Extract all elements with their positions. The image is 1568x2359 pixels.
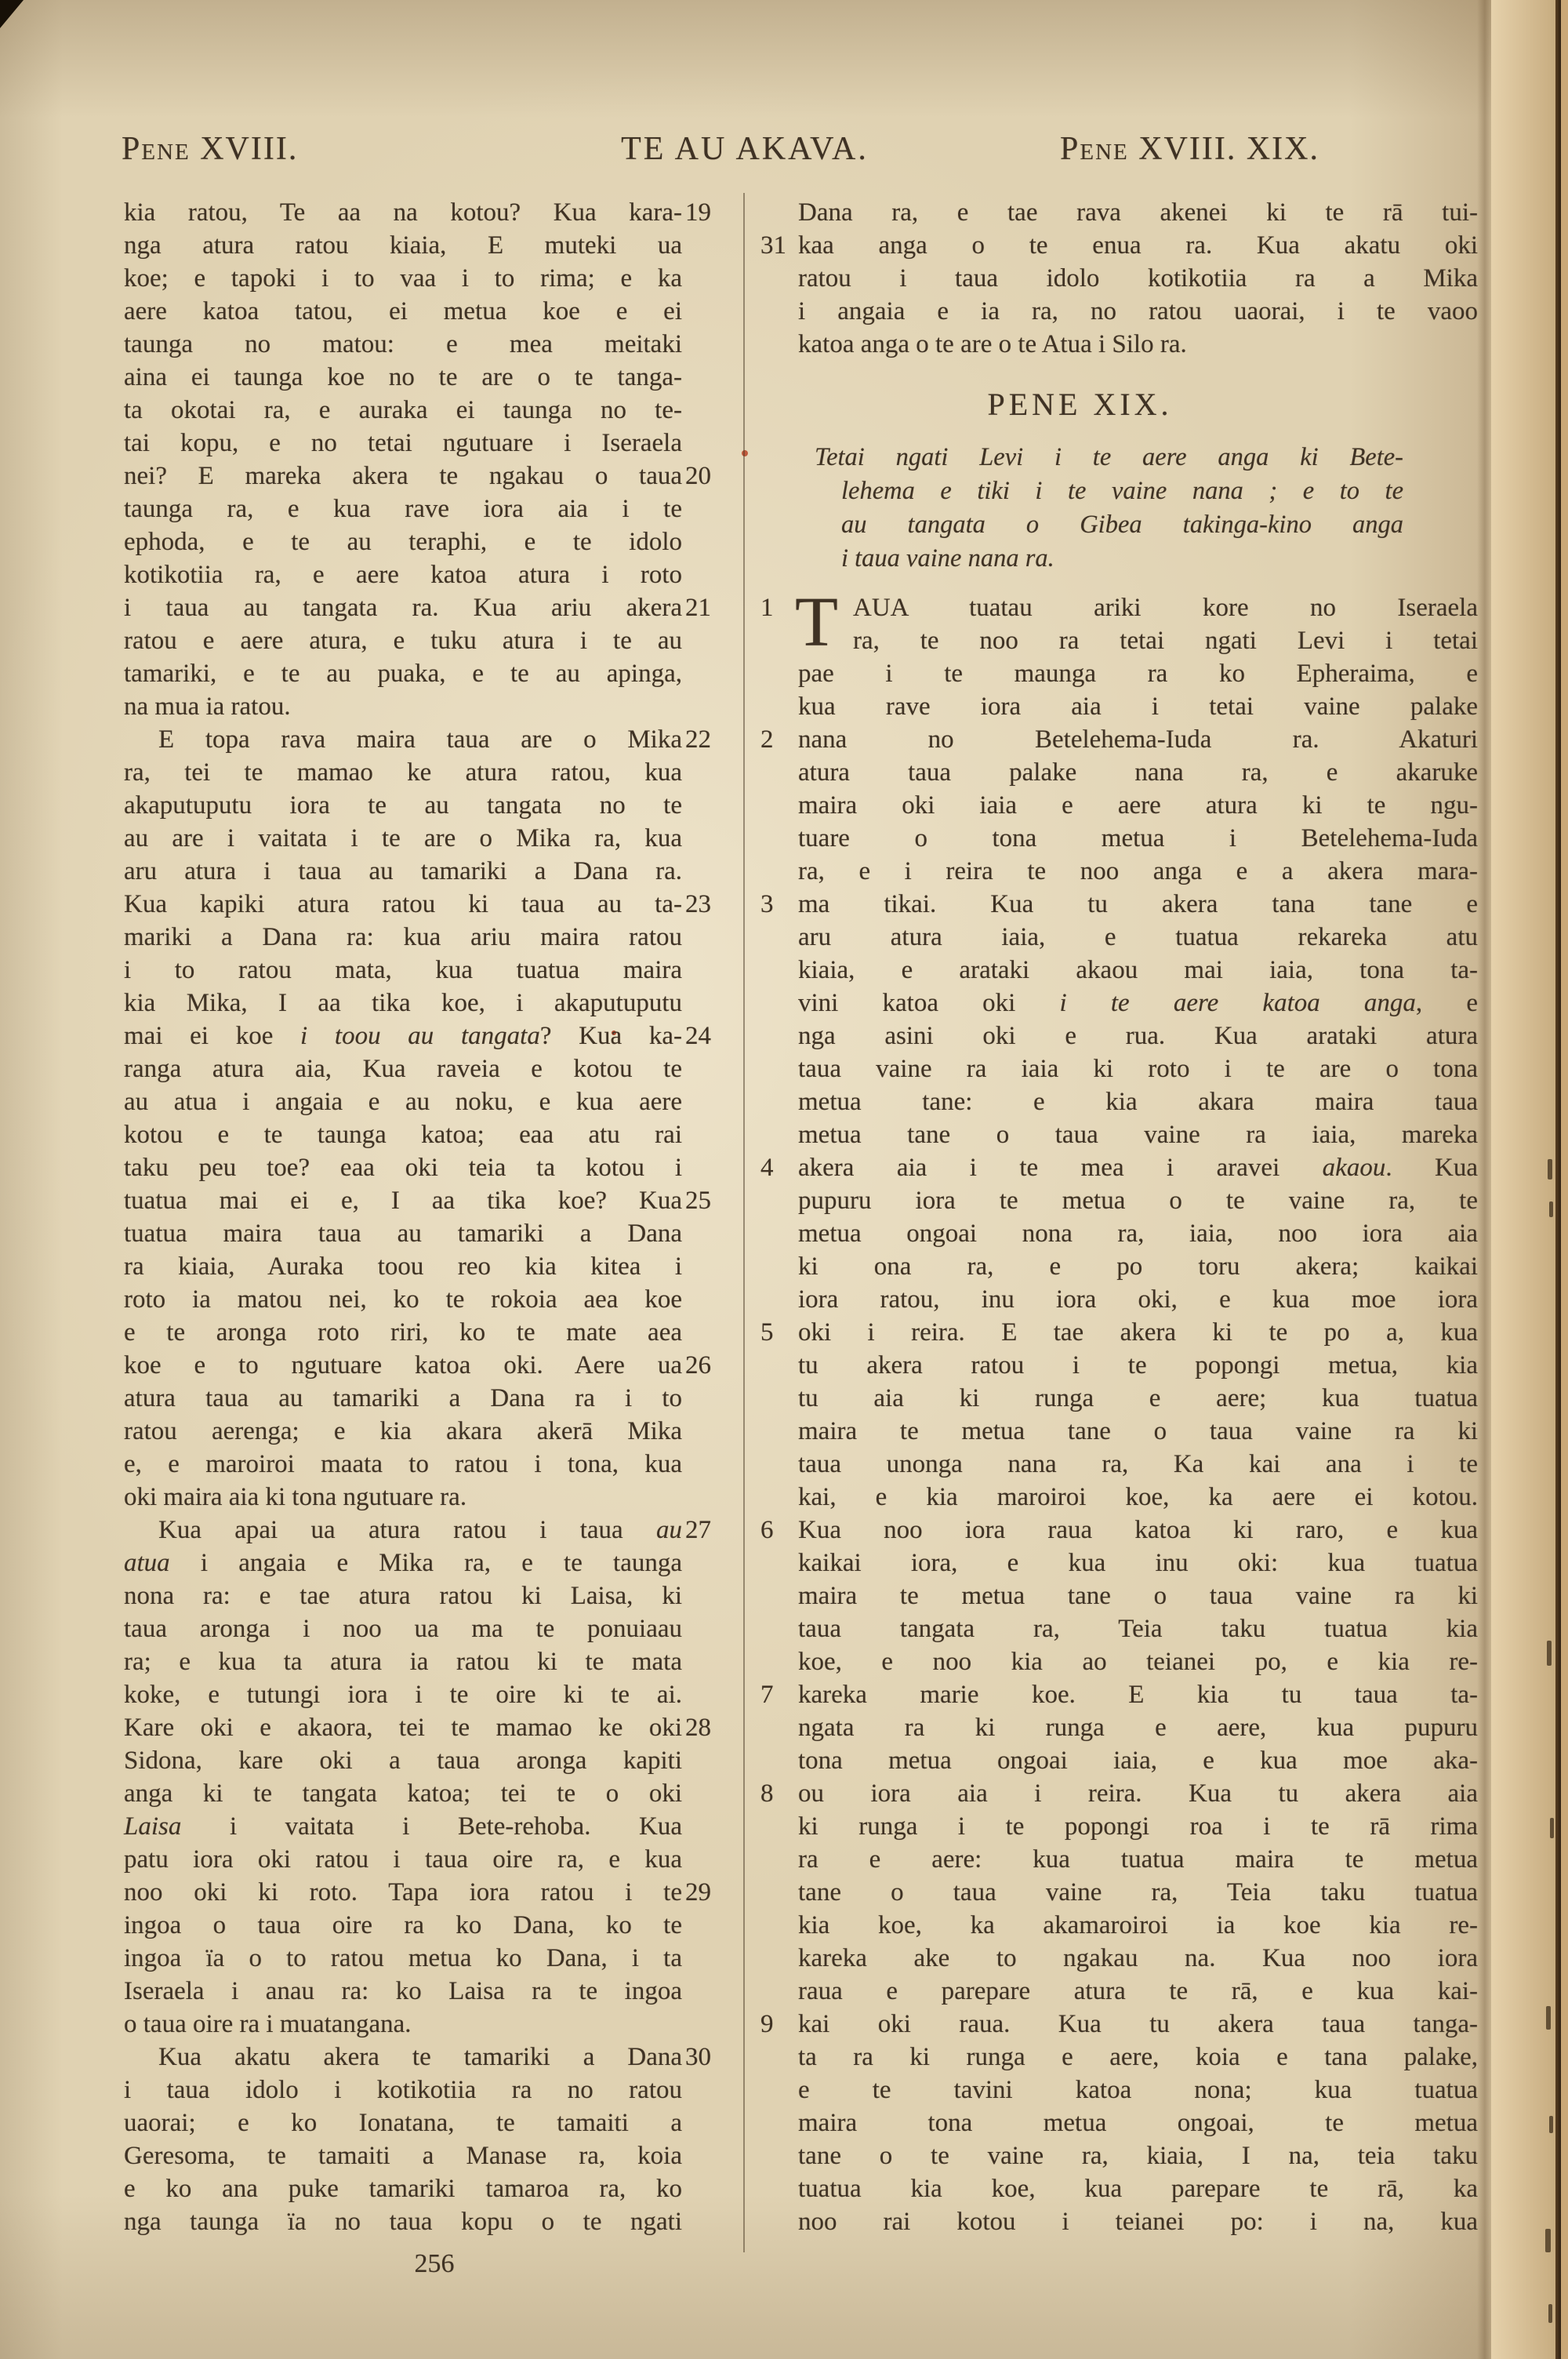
text-line: ki runga i te popongi roa i te rā rima — [753, 1810, 1478, 1843]
text-line: taku peu toe? eaa oki teia ta kotou i — [124, 1151, 745, 1184]
text-line: kua rave iora aia i tetai vaine palake — [753, 690, 1478, 723]
text-line: ingoa ïa o to ratou metua ko Dana, i ta — [124, 1942, 745, 1975]
edge-ink-mark — [1549, 2116, 1553, 2133]
text-line: ra, te noo ra tetai ngati Levi i tetai — [753, 624, 1478, 657]
verse-number: 25 — [685, 1184, 742, 1217]
text-line: roto ia matou nei, ko te rokoia aea koe — [124, 1283, 745, 1316]
text-line: ra kiaia, Auraka toou reo kia kitea i — [124, 1250, 745, 1283]
text-line: nga atura ratou kiaia, E muteki ua — [124, 229, 745, 262]
chapter19-verses-block: 1TAUA tuatau ariki kore no Iseraelara, t… — [753, 591, 1478, 2238]
text-line: ratou i taua idolo kotikotiia ra a Mika — [753, 262, 1478, 295]
edge-ink-mark — [1548, 2304, 1552, 2323]
verse-number: 21 — [685, 591, 742, 624]
text-line: uaorai; e ko Ionatana, te tamaiti a — [124, 2106, 745, 2139]
text-line: metua ongoai nona ra, iaia, noo iora aia — [753, 1217, 1478, 1250]
text-line: e te tavini katoa nona; kua tuatua — [753, 2074, 1478, 2106]
edge-ink-mark — [1545, 2229, 1551, 2252]
text-line: o taua oire ra i muatangana. — [124, 2008, 745, 2041]
text-line: tuatua maira taua au tamariki a Dana — [124, 1217, 745, 1250]
text-line: ra e aere: kua tuatua maira te metua — [753, 1843, 1478, 1876]
text-line: ra, tei te mamao ke atura ratou, kua — [124, 756, 745, 789]
text-line: taunga ra, e kua rave iora aia i te — [124, 493, 745, 525]
text-line: 27Kua apai ua atura ratou i taua au — [124, 1514, 745, 1547]
corner-shadow — [0, 0, 24, 28]
text-line: au are i vaitata i te are o Mika ra, kua — [124, 822, 745, 855]
text-line: tona metua ongoai iaia, e kua moe aka- — [753, 1744, 1478, 1777]
text-line: aere katoa tatou, ei metua koe e ei — [124, 295, 745, 328]
right-text-column: Dana ra, e tae rava akenei ki te rā tui-… — [753, 196, 1478, 2238]
verse-number: 20 — [685, 460, 742, 493]
text-line: Geresoma, te tamaiti a Manase ra, koia — [124, 2139, 745, 2172]
text-line: tu akera ratou i te popongi metua, kia — [753, 1349, 1478, 1382]
edge-ink-mark — [1546, 2006, 1551, 2030]
text-line: ratou e aere atura, e tuku atura i te au — [124, 624, 745, 657]
text-line: metua tane: e kia akara maira taua — [753, 1085, 1478, 1118]
text-line: maira te metua tane o taua vaine ra ki — [753, 1415, 1478, 1448]
verse-number: 29 — [685, 1876, 742, 1909]
verse-number: 31 — [753, 229, 795, 262]
text-line: tane o taua vaine ra, Teia taku tuatua — [753, 1876, 1478, 1909]
verse-number: 6 — [753, 1514, 795, 1547]
text-line: akaputuputu iora te au tangata no te — [124, 789, 745, 822]
text-line: taua vaine ra iaia ki roto i te are o to… — [753, 1052, 1478, 1085]
text-line: ta ra ki runga e aere, koia e tana palak… — [753, 2041, 1478, 2074]
text-line: ranga atura aia, Kua raveia e kotou te — [124, 1052, 745, 1085]
text-line: 20nei? E mareka akera te ngakau o taua — [124, 460, 745, 493]
text-line: iora ratou, inu iora oki, e kua moe iora — [753, 1283, 1478, 1316]
text-line: aru atura i taua au tamariki a Dana ra. — [124, 855, 745, 888]
text-line: 8ou iora aia i reira. Kua tu akera aia — [753, 1777, 1478, 1810]
text-line: pae i te maunga ra ko Epheraima, e — [753, 657, 1478, 690]
edge-ink-mark — [1547, 1641, 1552, 1666]
text-line: i to ratou mata, kua tuatua maira — [124, 954, 745, 987]
text-line: atura taua au tamariki a Dana ra i to — [124, 1382, 745, 1415]
left-text-column: 19kia ratou, Te aa na kotou? Kua kara-ng… — [124, 196, 745, 2238]
text-line: anga ki te tangata katoa; tei te o oki — [124, 1777, 745, 1810]
text-line: 25tuatua mai ei e, I aa tika koe? Kua — [124, 1184, 745, 1217]
verse-number: 9 — [753, 2008, 795, 2041]
chapter18-ending-block: Dana ra, e tae rava akenei ki te rā tui-… — [753, 196, 1478, 361]
chapter-heading: PENE XIX. — [753, 384, 1407, 425]
text-line: ephoda, e te au teraphi, e te idolo — [124, 525, 745, 558]
text-line: kiaia, e arataki akaou mai iaia, tona ta… — [753, 954, 1478, 987]
text-line: au atua i angaia e au noku, e kua aere — [124, 1085, 745, 1118]
text-line: i taua idolo i kotikotiia ra no ratou — [124, 2074, 745, 2106]
text-line: ta okotai ra, e auraka ei taunga no te- — [124, 394, 745, 427]
text-line: atua i angaia e Mika ra, e te taunga — [124, 1547, 745, 1579]
text-line: 6Kua noo iora raua katoa ki raro, e kua — [753, 1514, 1478, 1547]
text-line: atura taua palake nana ra, e akaruke — [753, 756, 1478, 789]
text-line: taua aronga i noo ua ma te ponuiaau — [124, 1612, 745, 1645]
text-line: aina ei taunga koe no te are o te tanga- — [124, 361, 745, 394]
page-curl-crease — [1477, 0, 1491, 2359]
text-line: koe; e tapoki i to vaa i to rima; e ka — [124, 262, 745, 295]
text-line: maira tona metua ongoai, te metua — [753, 2106, 1478, 2139]
text-line: ra; e kua ta atura ia ratou ki te mata — [124, 1645, 745, 1678]
text-line: katoa anga o te are o te Atua i Silo ra. — [753, 328, 1478, 361]
text-line: vini katoa oki i te aere katoa anga, e — [753, 987, 1478, 1020]
running-head-title: TE AU AKAVA. — [502, 130, 988, 168]
text-line: ra, e i reira te noo anga e a akera mara… — [753, 855, 1478, 888]
page-edge-dark-line — [1555, 0, 1561, 2359]
text-line: noo rai kotou i teianei po: i na, kua — [753, 2205, 1478, 2238]
text-line: Tetai ngati Levi i te aere anga ki Bete- — [753, 441, 1478, 474]
text-line: 2nana no Betelehema-Iuda ra. Akaturi — [753, 723, 1478, 756]
text-line: 1TAUA tuatau ariki kore no Iseraela — [753, 591, 1478, 624]
text-line: kai, e kia maroiroi koe, ka aere ei koto… — [753, 1481, 1478, 1514]
text-line: 21i taua au tangata ra. Kua ariu akera — [124, 591, 745, 624]
text-line: kia koe, ka akamaroiroi ia koe kia re- — [753, 1909, 1478, 1942]
text-line: au tangata o Gibea takinga-kino anga — [753, 508, 1478, 542]
edge-ink-mark — [1550, 1818, 1554, 1838]
text-line: 19kia ratou, Te aa na kotou? Kua kara- — [124, 196, 745, 229]
text-line: i taua vaine nana ra. — [753, 542, 1478, 576]
text-line: aru atura iaia, e tuatua rekareka atu — [753, 921, 1478, 954]
verse-number: 30 — [685, 2041, 742, 2074]
text-line: 26koe e to ngutuare katoa oki. Aere ua — [124, 1349, 745, 1382]
text-line: patu iora oki ratou i taua oire ra, e ku… — [124, 1843, 745, 1876]
text-line: mariki a Dana ra: kua ariu maira ratou — [124, 921, 745, 954]
text-line: kotikotiia ra, e aere katoa atura i roto — [124, 558, 745, 591]
text-line: nga asini oki e rua. Kua arataki atura — [753, 1020, 1478, 1052]
edge-ink-mark — [1549, 1201, 1553, 1217]
verse-number: 27 — [685, 1514, 742, 1547]
text-line: kaikai iora, e kua inu oki: kua tuatua — [753, 1547, 1478, 1579]
text-line: tuatua kia koe, kua parepare te rā, ka — [753, 2172, 1478, 2205]
text-line: tane o te vaine ra, kiaia, I na, teia ta… — [753, 2139, 1478, 2172]
text-line: e te aronga roto riri, ko te mate aea — [124, 1316, 745, 1349]
text-line: koe, e noo kia ao teianei po, e kia re- — [753, 1645, 1478, 1678]
page-number: 256 — [124, 2249, 745, 2279]
verse-number: 19 — [685, 196, 742, 229]
text-line: na mua ia ratou. — [124, 690, 745, 723]
verse-number: 1 — [753, 591, 795, 624]
text-line: 9kai oki raua. Kua tu akera taua tanga- — [753, 2008, 1478, 2041]
text-line: 5oki i reira. E tae akera ki te po a, ku… — [753, 1316, 1478, 1349]
running-head-right: Pene XVIII. XIX. — [1060, 130, 1319, 168]
running-head-left: Pene XVIII. — [122, 130, 298, 168]
text-line: 28Kare oki e akaora, tei te mamao ke oki — [124, 1711, 745, 1744]
text-line: maira te metua tane o taua vaine ra ki — [753, 1579, 1478, 1612]
text-line: 24mai ei koe i toou au tangata? Kua ka- — [124, 1020, 745, 1052]
text-line: nga taunga ïa no taua kopu o te ngati — [124, 2205, 745, 2238]
verse-number: 26 — [685, 1349, 742, 1382]
verse-number: 28 — [685, 1711, 742, 1744]
text-line: ratou aerenga; e kia akara akerā Mika — [124, 1415, 745, 1448]
text-line: ki ona ra, e po toru akera; kaikai — [753, 1250, 1478, 1283]
verse-number: 23 — [685, 888, 742, 921]
text-line: pupuru iora te metua o te vaine ra, te — [753, 1184, 1478, 1217]
text-line: 23Kua kapiki atura ratou ki taua au ta- — [124, 888, 745, 921]
verse-number: 24 — [685, 1020, 742, 1052]
text-line: Dana ra, e tae rava akenei ki te rā tui- — [753, 196, 1478, 229]
text-line: kia Mika, I aa tika koe, i akaputuputu — [124, 987, 745, 1020]
text-line: e ko ana puke tamariki tamaroa ra, ko — [124, 2172, 745, 2205]
text-line: Sidona, kare oki a taua aronga kapiti — [124, 1744, 745, 1777]
text-line: tai kopu, e no tetai ngutuare i Iseraela — [124, 427, 745, 460]
text-line: 31kaa anga o te enua ra. Kua akatu oki — [753, 229, 1478, 262]
text-line: raua e parepare atura te rā, e kua kai- — [753, 1975, 1478, 2008]
text-line: koke, e tutungi iora i te oire ki te ai. — [124, 1678, 745, 1711]
scanned-book-page: Pene XVIII. TE AU AKAVA. Pene XVIII. XIX… — [0, 0, 1568, 2359]
text-line: 4akera aia i te mea i aravei akaou. Kua — [753, 1151, 1478, 1184]
text-line: nona ra: e tae atura ratou ki Laisa, ki — [124, 1579, 745, 1612]
text-line: 7kareka marie koe. E kia tu taua ta- — [753, 1678, 1478, 1711]
verse-number: 7 — [753, 1678, 795, 1711]
next-page-edge — [1561, 0, 1568, 2359]
text-line: 22E topa rava maira taua are o Mika — [124, 723, 745, 756]
verse-number: 8 — [753, 1777, 795, 1810]
text-line: 3ma tikai. Kua tu akera tana tane e — [753, 888, 1478, 921]
text-line: 30Kua akatu akera te tamariki a Dana — [124, 2041, 745, 2074]
text-line: e, e maroiroi maata to ratou i tona, kua — [124, 1448, 745, 1481]
text-line: Laisa i vaitata i Bete-rehoba. Kua — [124, 1810, 745, 1843]
text-line: taua tangata ra, Teia taku tuatua kia — [753, 1612, 1478, 1645]
text-line: i angaia e ia ra, no ratou uaorai, i te … — [753, 295, 1478, 328]
text-line: metua tane o taua vaine ra iaia, mareka — [753, 1118, 1478, 1151]
verse-number: 22 — [685, 723, 742, 756]
text-line: kotou e te taunga katoa; eaa atu rai — [124, 1118, 745, 1151]
text-line: lehema e tiki i te vaine nana ; e to te — [753, 474, 1478, 508]
text-line: taunga no matou: e mea meitaki — [124, 328, 745, 361]
page-edge-strip — [1491, 0, 1557, 2359]
text-line: tamariki, e te au puaka, e te au apinga, — [124, 657, 745, 690]
text-line: oki maira aia ki tona ngutuare ra. — [124, 1481, 745, 1514]
text-line: tuare o tona metua i Betelehema-Iuda — [753, 822, 1478, 855]
text-line: ingoa o taua oire ra ko Dana, ko te — [124, 1909, 745, 1942]
verse-number: 4 — [753, 1151, 795, 1184]
verse-number: 3 — [753, 888, 795, 921]
text-line: Iseraela i anau ra: ko Laisa ra te ingoa — [124, 1975, 745, 2008]
verse-number: 2 — [753, 723, 795, 756]
chapter-summary: Tetai ngati Levi i te aere anga ki Bete-… — [753, 441, 1478, 576]
text-line: kareka ake to ngakau na. Kua noo iora — [753, 1942, 1478, 1975]
text-line: 29noo oki ki roto. Tapa iora ratou i te — [124, 1876, 745, 1909]
text-line: tu aia ki runga e aere; kua tuatua — [753, 1382, 1478, 1415]
verse-number: 5 — [753, 1316, 795, 1349]
text-line: taua unonga nana ra, Ka kai ana i te — [753, 1448, 1478, 1481]
edge-ink-mark — [1548, 1159, 1552, 1179]
text-line: ngata ra ki runga e aere, kua pupuru — [753, 1711, 1478, 1744]
text-line: maira oki iaia e aere atura ki te ngu- — [753, 789, 1478, 822]
